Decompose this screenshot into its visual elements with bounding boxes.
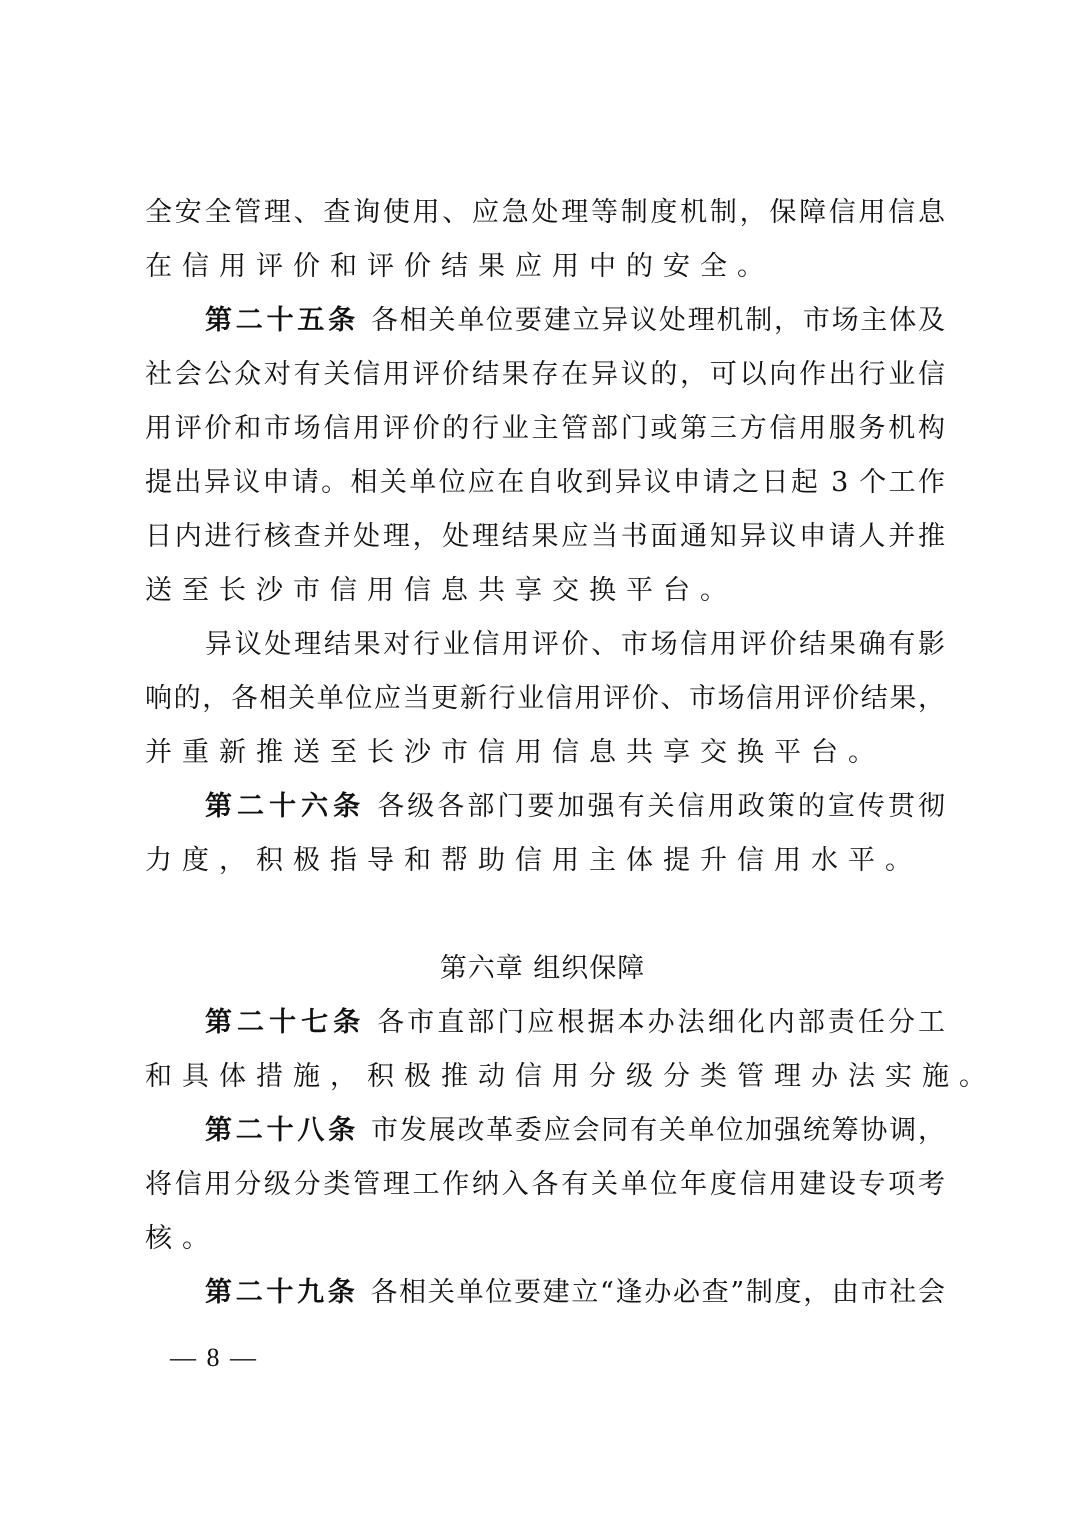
page-number: — 8 — xyxy=(170,1343,258,1373)
text-line: 并重新推送至长沙市信用信息共享交换平台。 xyxy=(145,726,945,780)
article-number: 第二十九条 xyxy=(205,1277,358,1308)
text-line: 用评价和市场信用评价的行业主管部门或第三方信用服务机构 xyxy=(145,402,945,456)
text-line: 送至长沙市信用信息共享交换平台。 xyxy=(145,564,945,618)
article-25-heading-line: 第二十五条各相关单位要建立异议处理机制，市场主体及 xyxy=(145,294,945,348)
article-number: 第二十五条 xyxy=(205,305,359,336)
article-27-heading-line: 第二十七条各市直部门应根据本办法细化内部责任分工 xyxy=(145,996,945,1050)
article-28-heading-line: 第二十八条市发展改革委应会同有关单位加强统筹协调， xyxy=(145,1104,945,1158)
article-text: 市发展改革委应会同有关单位加强统筹协调， xyxy=(371,1115,945,1146)
article-number: 第二十六条 xyxy=(205,791,365,822)
article-number: 第二十八条 xyxy=(205,1115,359,1146)
text-line: 异议处理结果对行业信用评价、市场信用评价结果确有影 xyxy=(145,618,945,672)
text-line: 将信用分级分类管理工作纳入各有关单位年度信用建设专项考 xyxy=(145,1158,945,1212)
document-page: 全安全管理、查询使用、应急处理等制度机制，保障信用信息 在信用评价和评价结果应用… xyxy=(145,186,945,1320)
article-number: 第二十七条 xyxy=(205,1007,365,1038)
text-line: 提出异议申请。相关单位应在自收到异议申请之日起 3 个工作 xyxy=(145,456,945,510)
article-text: 各相关单位要建立“逢办必查”制度，由市社会 xyxy=(370,1277,945,1308)
text-line: 社会公众对有关信用评价结果存在异议的，可以向作出行业信 xyxy=(145,348,945,402)
text-line: 全安全管理、查询使用、应急处理等制度机制，保障信用信息 xyxy=(145,186,945,240)
article-26-heading-line: 第二十六条各级各部门要加强有关信用政策的宣传贯彻 xyxy=(145,780,945,834)
text-line: 和具体措施，积极推动信用分级分类管理办法实施。 xyxy=(145,1050,945,1104)
chapter-title: 第六章 组织保障 xyxy=(145,942,940,996)
text-line: 核。 xyxy=(145,1212,945,1266)
text-line: 日内进行核查并处理，处理结果应当书面通知异议申请人并推 xyxy=(145,510,945,564)
text-line: 响的，各相关单位应当更新行业信用评价、市场信用评价结果， xyxy=(145,672,945,726)
text-line: 力度，积极指导和帮助信用主体提升信用水平。 xyxy=(145,834,945,888)
article-text: 各级各部门要加强有关信用政策的宣传贯彻 xyxy=(377,791,945,822)
text-line: 在信用评价和评价结果应用中的安全。 xyxy=(145,240,945,294)
spacer xyxy=(145,888,945,942)
article-29-heading-line: 第二十九条各相关单位要建立“逢办必查”制度，由市社会 xyxy=(145,1266,945,1320)
article-text: 各相关单位要建立异议处理机制，市场主体及 xyxy=(371,305,945,336)
article-text: 各市直部门应根据本办法细化内部责任分工 xyxy=(377,1007,945,1038)
